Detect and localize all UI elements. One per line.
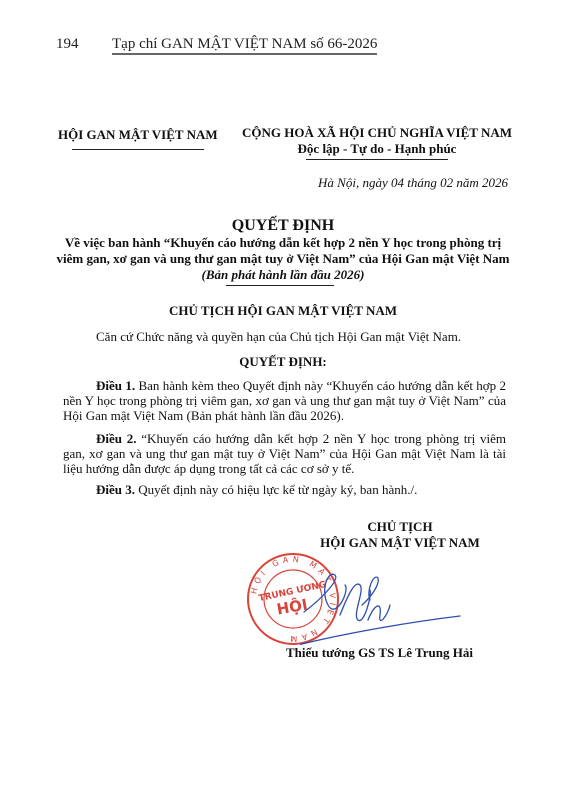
signer-position: CHỦ TỊCH [300,519,500,535]
edition-note: (Bản phát hành lần đầu 2026) [0,267,566,283]
page-number: 194 [56,36,79,53]
place-date: Hà Nội, ngày 04 tháng 02 năm 2026 [318,175,508,191]
decision-title: QUYẾT ĐỊNH [0,217,566,235]
article-text: Quyết định này có hiệu lực kể từ ngày ký… [138,482,417,497]
issuing-organization: HỘI GAN MẬT VIỆT NAM [58,127,218,143]
article-3: Điều 3. Quyết định này có hiệu lực kể từ… [63,482,506,497]
article-label: Điều 1. [96,378,135,393]
article-2: Điều 2. “Khuyến cáo hướng dẫn kết hợp 2 … [63,431,506,477]
signer-name: Thiếu tướng GS TS Lê Trung Hải [286,645,473,661]
organization-underline [72,149,204,150]
decide-heading: QUYẾT ĐỊNH: [0,354,566,370]
national-title: CỘNG HOÀ XÃ HỘI CHỦ NGHĨA VIỆT NAM [236,125,518,141]
signer-organization: HỘI GAN MẬT VIỆT NAM [300,535,500,551]
subject-underline [226,285,334,286]
decision-subject-line: viêm gan, xơ gan và ung thư gan mật tuy … [0,251,566,267]
article-1: Điều 1. Ban hành kèm theo Quyết định này… [63,378,506,424]
handwritten-signature-icon [300,570,500,650]
authority-heading: CHỦ TỊCH HỘI GAN MẬT VIỆT NAM [0,303,566,319]
decision-subject-line: Về việc ban hành “Khuyến cáo hướng dẫn k… [0,235,566,251]
national-motto: Độc lập - Tự do - Hạnh phúc [236,141,518,157]
svg-text:*: * [291,635,295,643]
journal-title: Tạp chí GAN MẬT VIỆT NAM số 66-2026 [112,36,377,55]
motto-underline [306,159,448,160]
article-label: Điều 3. [96,482,135,497]
article-label: Điều 2. [96,431,137,446]
legal-basis: Căn cứ Chức năng và quyền hạn của Chủ tị… [96,329,461,345]
